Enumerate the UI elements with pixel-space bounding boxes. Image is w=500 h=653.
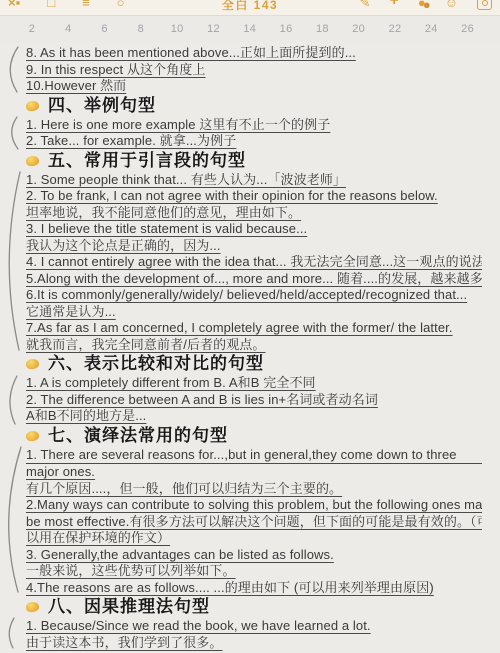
plus-icon[interactable]: + <box>390 0 399 9</box>
line-text: 2. The difference between A and B is lie… <box>26 392 378 407</box>
line-text: 1. A is completely different from B. A和B… <box>26 375 316 390</box>
text-line: 由于读这本书，我们学到了很多。 <box>26 635 482 652</box>
line-text: 1. Here is one more example 这里有不止一个的例子 <box>26 117 330 132</box>
list-icon[interactable]: ≡ <box>82 0 90 11</box>
heading-text: 五、常用于引言段的句型 <box>48 150 246 172</box>
text-line: 9. In this respect 从这个角度上 <box>26 62 482 79</box>
line-text: be most effective.有很多方法可以解决这个问题，但下面的可能是最… <box>26 514 482 529</box>
text-line: 7.As far as I am concerned, I completely… <box>26 320 482 337</box>
section-heading: 四、举例句型 <box>26 95 482 117</box>
clock-icon[interactable]: ○ <box>117 0 125 11</box>
text-line: 10.However 然而 <box>26 78 482 95</box>
smiley-icon[interactable]: ☺ <box>445 0 458 11</box>
line-text: 1. Because/Since we read the book, we ha… <box>26 618 371 633</box>
line-text: 3. I believe the title statement is vali… <box>26 221 307 236</box>
text-line: 1. Some people think that... 有些人认为...「波波… <box>26 172 482 189</box>
line-text: 2. Take... for example. 就拿...为例子 <box>26 133 236 148</box>
text-line: 1. A is completely different from B. A和B… <box>26 375 482 392</box>
ruler-number: 6 <box>101 23 107 35</box>
line-text: 有几个原因....，但一般，他们可以归结为三个主要的。 <box>26 481 342 496</box>
line-text: 9. In this respect 从这个角度上 <box>26 62 206 77</box>
text-line: 坦率地说，我不能同意他们的意见，理由如下。 <box>26 205 482 222</box>
line-text: 6.It is commonly/generally/widely/ belie… <box>26 287 467 302</box>
text-line: 一般来说，这些优势可以列举如下。 <box>26 563 482 580</box>
line-text: 它通常是认为... <box>26 304 116 319</box>
heading-text: 四、举例句型 <box>48 95 156 117</box>
ruler-number: 16 <box>280 23 293 35</box>
document-body: 8. As it has been mentioned above...正如上面… <box>0 42 500 651</box>
line-text: 5.Along with the development of..., more… <box>26 271 482 286</box>
text-line: be most effective.有很多方法可以解决这个问题，但下面的可能是最… <box>26 514 482 531</box>
yellow-pencil-emoji-icon <box>25 430 39 442</box>
toolbar-left-group: ×▪□≡○ <box>8 0 125 16</box>
text-line: 3. Generally,the advantages can be liste… <box>26 547 482 564</box>
text-line: 3. I believe the title statement is vali… <box>26 221 482 238</box>
line-text: 2.Many ways can contribute to solving th… <box>26 497 482 512</box>
line-text: 1. There are several reasons for...,but … <box>26 447 457 462</box>
line-text: 一般来说，这些优势可以列举如下。 <box>26 563 236 578</box>
line-text: 7.As far as I am concerned, I completely… <box>26 320 453 335</box>
line-text: 以用在保护环境的作文） <box>26 530 170 545</box>
line-text: 由于读这本书，我们学到了很多。 <box>26 635 223 650</box>
line-text: 1. Some people think that... 有些人认为...「波波… <box>26 172 346 187</box>
yellow-pencil-emoji-icon <box>25 601 39 613</box>
text-line: 以用在保护环境的作文） <box>26 530 482 547</box>
line-text: 4. I cannot entirely agree with the idea… <box>26 254 482 269</box>
text-line: 就我而言，我完全同意前者/后者的观点。 <box>26 337 482 354</box>
line-text: 就我而言，我完全同意前者/后者的观点。 <box>26 337 266 352</box>
text-line: 6.It is commonly/generally/widely/ belie… <box>26 287 482 304</box>
line-text: 4.The reasons are as follows.... ...的理由如… <box>26 580 434 595</box>
text-line: 2.Many ways can contribute to solving th… <box>26 497 482 514</box>
text-line: 1. There are several reasons for...,but … <box>26 447 482 465</box>
note-page: { "toolbar": { "title": "全白 143", "left_… <box>0 0 500 653</box>
text-line: 5.Along with the development of..., more… <box>26 271 482 288</box>
top-toolbar: ×▪□≡○ 全白 143 ✎+●☺ <box>0 0 500 16</box>
line-text: 2. To be frank, I can not agree with the… <box>26 188 438 203</box>
section-heading: 六、表示比较和对比的句型 <box>26 353 482 375</box>
heading-text: 八、因果推理法句型 <box>48 596 210 618</box>
ruler-number: 8 <box>138 23 144 35</box>
camera-icon[interactable] <box>477 0 492 10</box>
ruler-number: 14 <box>243 23 256 35</box>
text-line: 它通常是认为... <box>26 304 482 321</box>
line-text: 10.However 然而 <box>26 78 126 93</box>
ruler-number: 10 <box>171 23 184 35</box>
line-text: 3. Generally,the advantages can be liste… <box>26 547 334 562</box>
toolbar-right-group: ✎+●☺ <box>360 0 492 16</box>
text-line: 1. Here is one more example 这里有不止一个的例子 <box>26 117 482 134</box>
ruler-number: 22 <box>389 23 402 35</box>
ruler-number: 26 <box>461 23 474 35</box>
horizontal-ruler: 2468101214161820222426 <box>0 16 500 42</box>
ruler-number: 2 <box>29 23 35 35</box>
text-line: 4. I cannot entirely agree with the idea… <box>26 254 482 271</box>
line-text: major ones. <box>26 464 95 479</box>
section-heading: 八、因果推理法句型 <box>26 596 482 618</box>
yellow-pencil-emoji-icon <box>25 100 39 112</box>
text-line: 2. Take... for example. 就拿...为例子 <box>26 133 482 150</box>
text-line: 2. To be frank, I can not agree with the… <box>26 188 482 205</box>
ruler-number: 24 <box>425 23 438 35</box>
ink-pen-icon[interactable]: ● <box>418 0 426 11</box>
heading-text: 六、表示比较和对比的句型 <box>48 353 264 375</box>
text-line: 1. Because/Since we read the book, we ha… <box>26 618 482 635</box>
ruler-number: 20 <box>352 23 365 35</box>
frame-icon[interactable]: □ <box>47 0 55 11</box>
yellow-pencil-emoji-icon <box>25 358 39 370</box>
text-line: 我认为这个论点是正确的，因为... <box>26 238 482 255</box>
line-text: 8. As it has been mentioned above...正如上面… <box>26 45 356 60</box>
text-line: major ones. <box>26 464 482 481</box>
section-heading: 五、常用于引言段的句型 <box>26 150 482 172</box>
text-line: 有几个原因....，但一般，他们可以归结为三个主要的。 <box>26 481 482 498</box>
text-line: 8. As it has been mentioned above...正如上面… <box>26 45 482 62</box>
toolbar-title: 全白 143 <box>222 0 278 13</box>
yellow-pencil-emoji-icon <box>25 155 39 167</box>
ruler-number: 18 <box>316 23 329 35</box>
pen-icon[interactable]: ✎ <box>360 0 371 11</box>
heading-text: 七、演绎法常用的句型 <box>48 425 228 447</box>
text-line: 4.The reasons are as follows.... ...的理由如… <box>26 580 482 597</box>
close-edit-icon[interactable]: ×▪ <box>8 0 20 11</box>
section-heading: 七、演绎法常用的句型 <box>26 425 482 447</box>
text-line: A和B不同的地方是... <box>26 408 482 425</box>
ruler-number: 12 <box>207 23 220 35</box>
line-text: 我认为这个论点是正确的，因为... <box>26 238 221 253</box>
text-line: 2. The difference between A and B is lie… <box>26 392 482 409</box>
ruler-number: 4 <box>65 23 71 35</box>
line-text: A和B不同的地方是... <box>26 408 146 423</box>
line-text: 坦率地说，我不能同意他们的意见，理由如下。 <box>26 205 301 220</box>
